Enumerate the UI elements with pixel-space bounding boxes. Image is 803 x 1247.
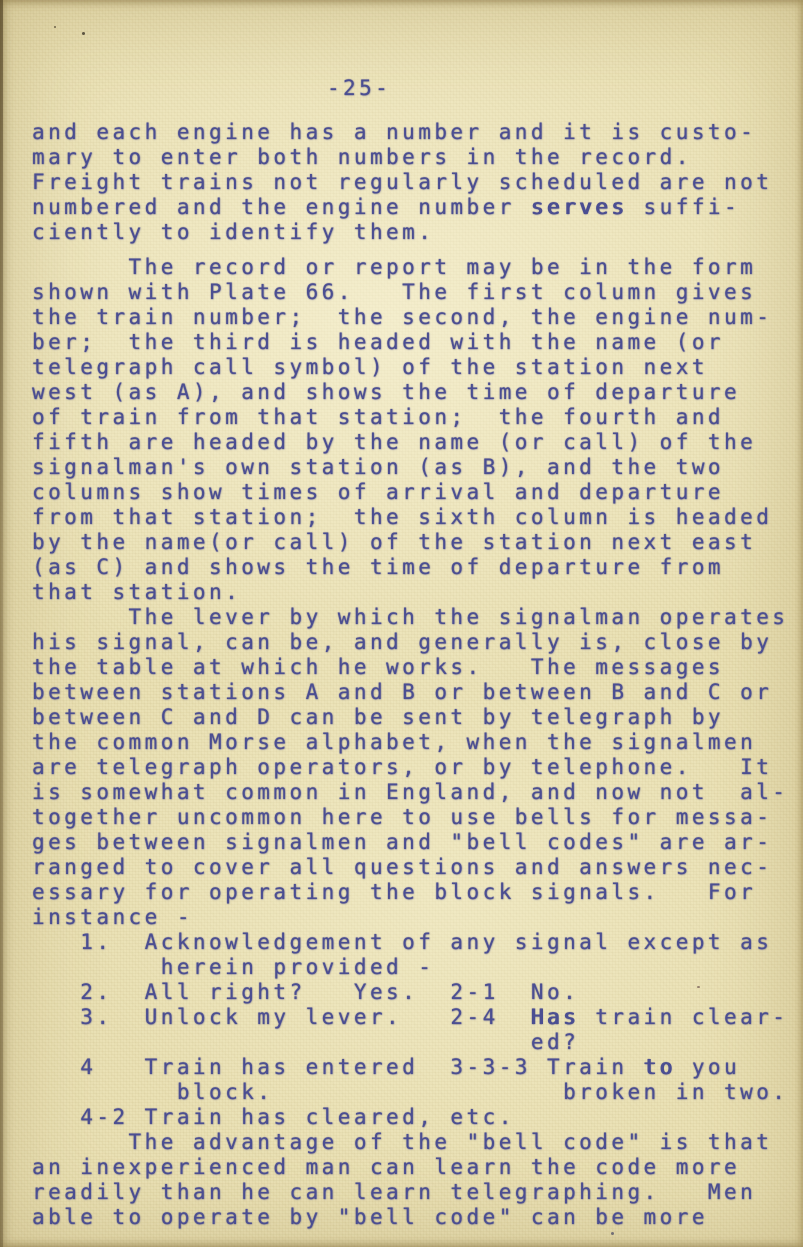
text-line: between stations A and B or between B an…: [32, 680, 797, 705]
paper-speck: [611, 1232, 614, 1235]
text-line: fifth are headed by the name (or call) o…: [32, 430, 797, 455]
paper-speck: [54, 26, 56, 28]
text-line: Freight trains not regularly scheduled a…: [32, 170, 797, 195]
text-line: herein provided -: [32, 955, 797, 980]
text-line: together uncommon here to use bells for …: [32, 805, 797, 830]
text-line: between C and D can be sent by telegraph…: [32, 705, 797, 730]
text-line: 1. Acknowledgement of any signal except …: [32, 930, 797, 955]
text-line: an inexperienced man can learn the code …: [32, 1155, 797, 1180]
text-line: essary for operating the block signals. …: [32, 880, 797, 905]
text-line: is somewhat common in England, and now n…: [32, 780, 797, 805]
double-struck-word: to: [644, 1055, 676, 1079]
page-left-edge-shadow: [0, 0, 3, 1247]
text-line: the train number; the second, the engine…: [32, 305, 797, 330]
text-line: the common Morse alphabet, when the sign…: [32, 730, 797, 755]
text-line: his signal, can be, and generally is, cl…: [32, 630, 797, 655]
text-line: ciently to identify them.: [32, 220, 797, 245]
text-line: 4-2 Train has cleared, etc.: [32, 1105, 797, 1130]
text-line: signalman's own station (as B), and the …: [32, 455, 797, 480]
paper-speck: [82, 32, 85, 35]
page-number: -25-: [327, 76, 391, 101]
text-line: shown with Plate 66. The first column gi…: [32, 280, 797, 305]
text-line: readily than he can learn telegraphing. …: [32, 1180, 797, 1205]
typewritten-text-block: and each engine has a number and it is c…: [32, 120, 797, 1230]
text-line: from that station; the sixth column is h…: [32, 505, 797, 530]
text-line: of train from that station; the fourth a…: [32, 405, 797, 430]
text-line: are telegraph operators, or by telephone…: [32, 755, 797, 780]
text-line: instance -: [32, 905, 797, 930]
text-line: block. broken in two.: [32, 1080, 797, 1105]
scanned-document-page: -25- and each engine has a number and it…: [0, 0, 803, 1247]
text-line: 3. Unlock my lever. 2-4 Has train clear-: [32, 1005, 797, 1030]
text-line: The lever by which the signalman operate…: [32, 605, 797, 630]
text-line: 2. All right? Yes. 2-1 No.: [32, 980, 797, 1005]
paper-speck: [697, 986, 700, 988]
double-struck-word: serves: [531, 195, 628, 219]
text-line: ges between signalmen and "bell codes" a…: [32, 830, 797, 855]
text-line: that station.: [32, 580, 797, 605]
text-line: ranged to cover all questions and answer…: [32, 855, 797, 880]
text-line: columns show times of arrival and depart…: [32, 480, 797, 505]
text-line: 4 Train has entered 3-3-3 Train to you: [32, 1055, 797, 1080]
text-line: the table at which he works. The message…: [32, 655, 797, 680]
text-line: and each engine has a number and it is c…: [32, 120, 797, 145]
text-line: able to operate by "bell code" can be mo…: [32, 1205, 797, 1230]
text-line: The advantage of the "bell code" is that: [32, 1130, 797, 1155]
text-line: The record or report may be in the form: [32, 255, 797, 280]
text-line: mary to enter both numbers in the record…: [32, 145, 797, 170]
text-line: ber; the third is headed with the name (…: [32, 330, 797, 355]
text-line: ed?: [32, 1030, 797, 1055]
double-struck-word: Has: [531, 1005, 579, 1029]
text-line: numbered and the engine number serves su…: [32, 195, 797, 220]
text-line: west (as A), and shows the time of depar…: [32, 380, 797, 405]
text-line: (as C) and shows the time of departure f…: [32, 555, 797, 580]
text-line: by the name(or call) of the station next…: [32, 530, 797, 555]
text-line: telegraph call symbol) of the station ne…: [32, 355, 797, 380]
